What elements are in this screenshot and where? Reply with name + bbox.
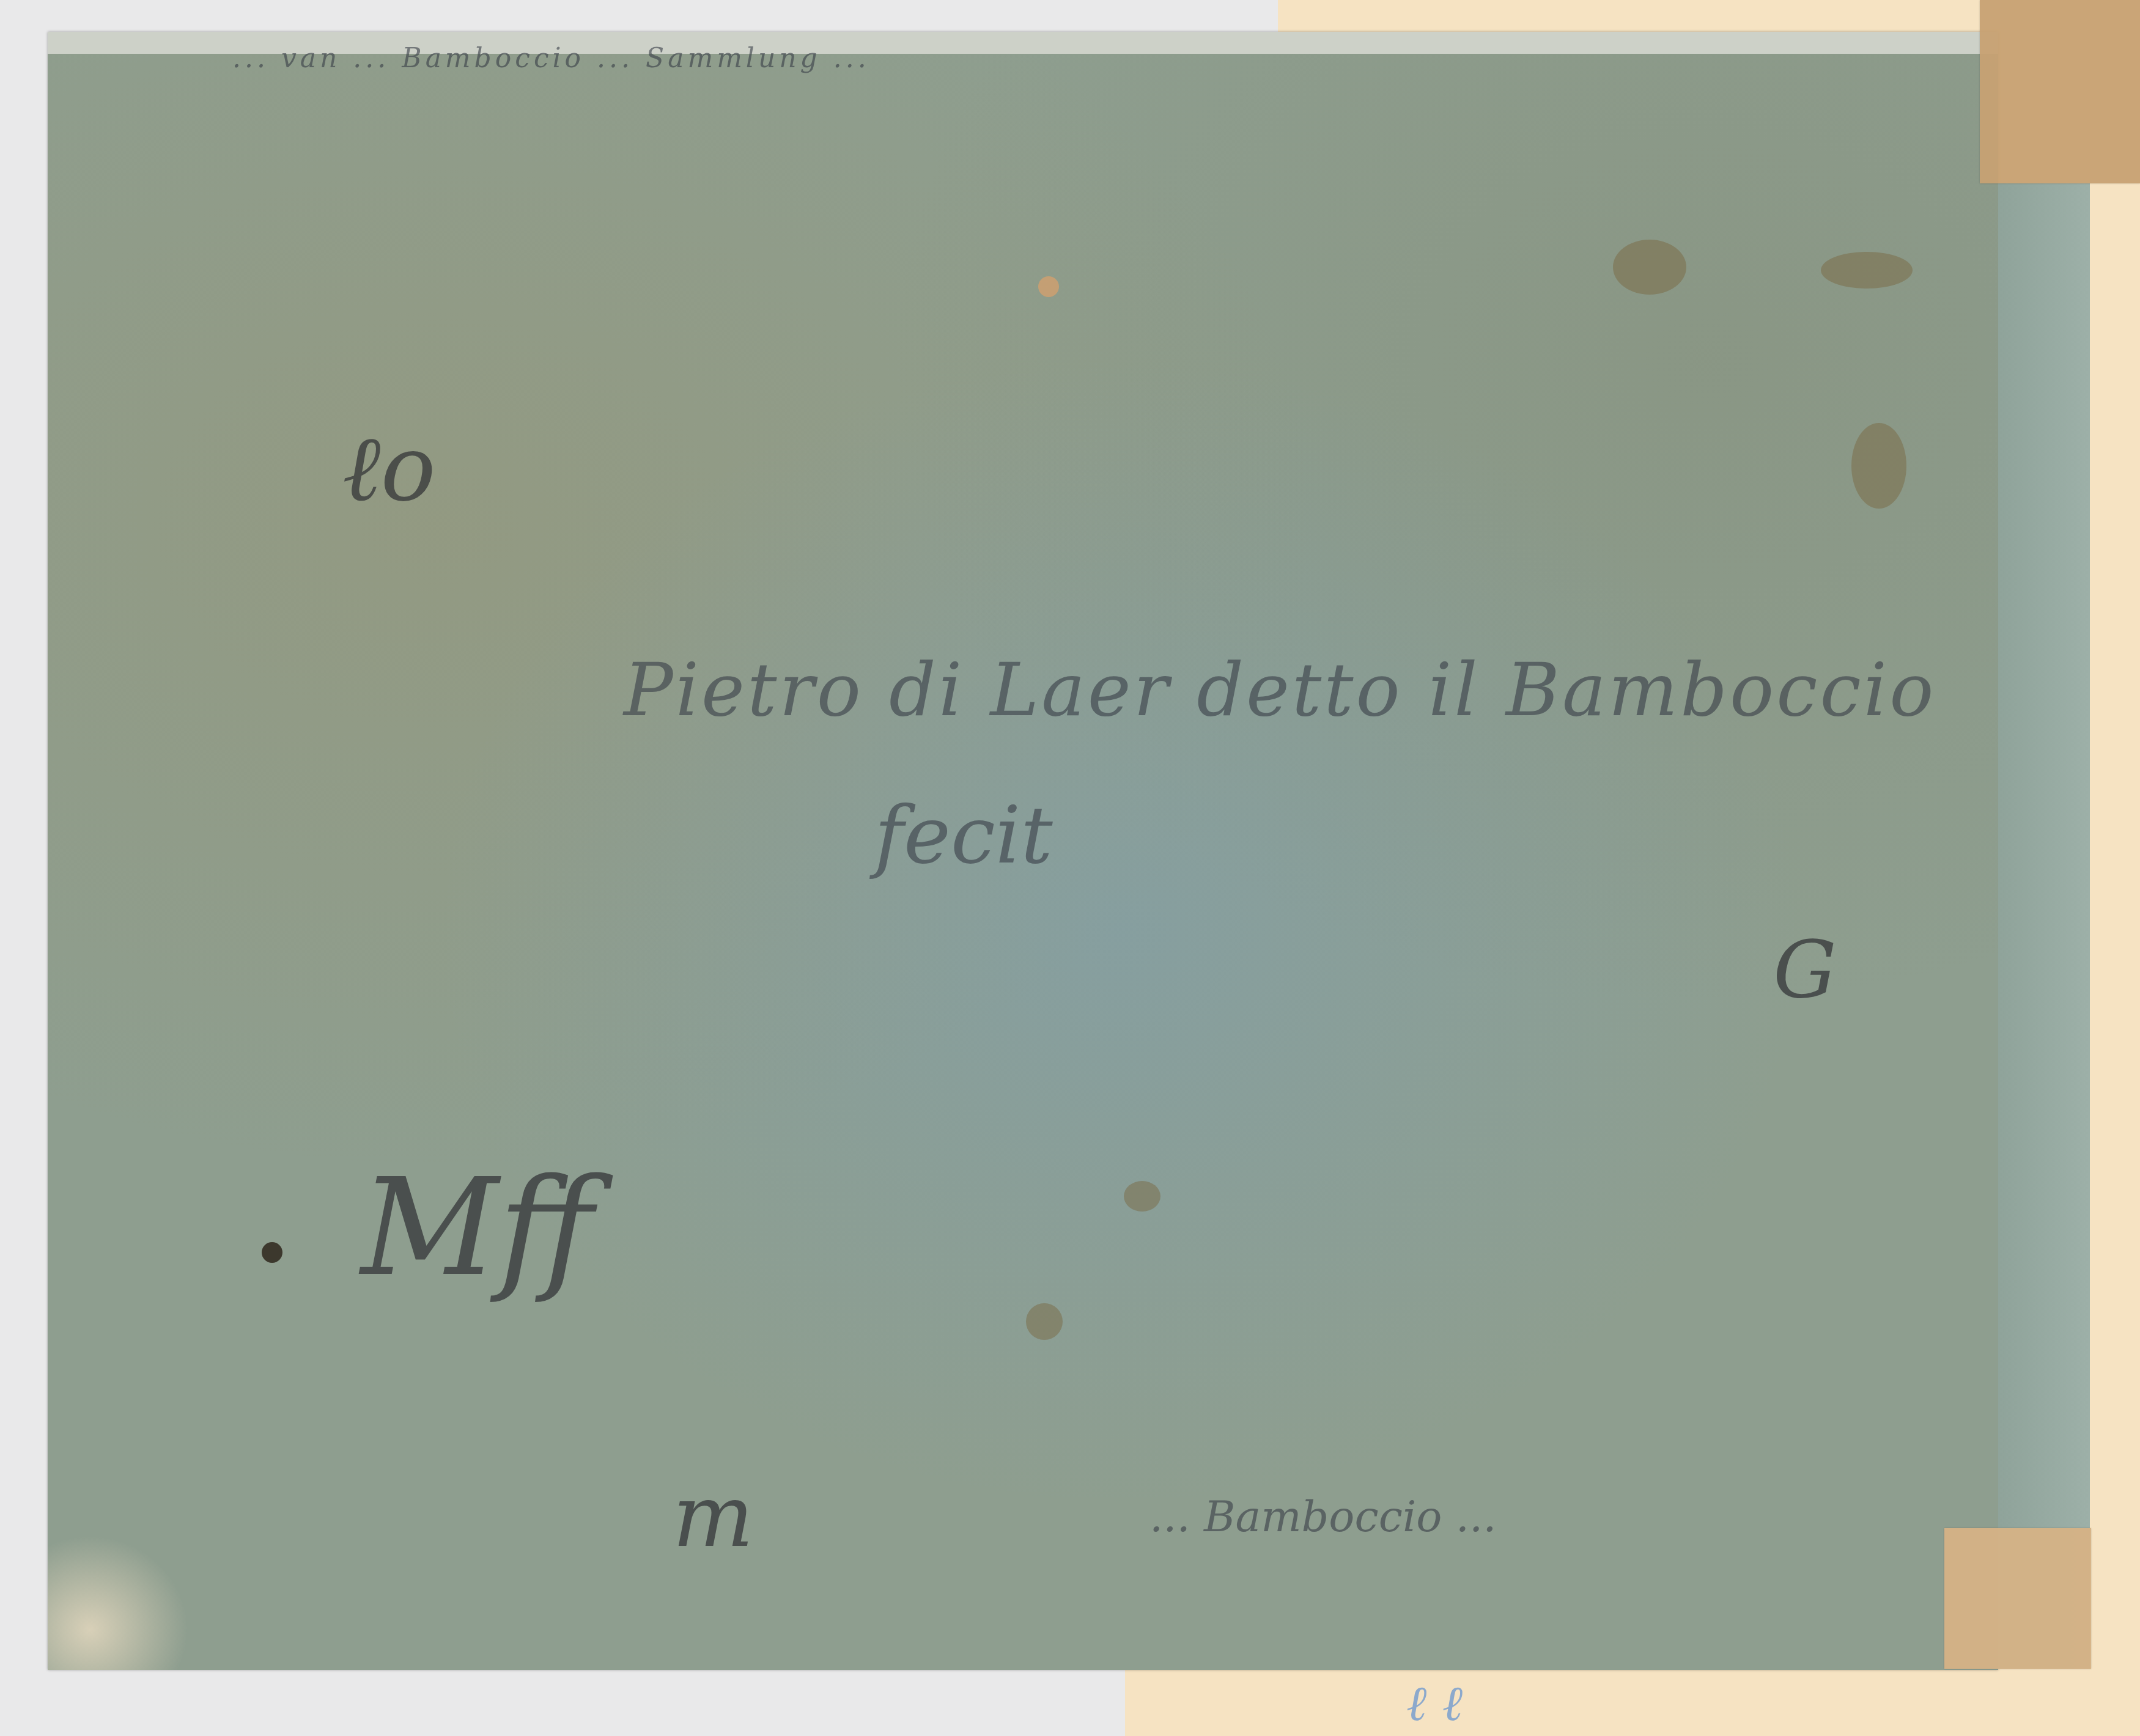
tape-top-right	[1980, 0, 2140, 183]
scribble-m: m	[673, 1467, 754, 1567]
scribble-left: ℓo	[342, 416, 436, 522]
stain	[1851, 423, 1906, 509]
stain	[1124, 1181, 1160, 1212]
paper-right-edge	[1998, 183, 2090, 1669]
scribble-lower-left: Mff	[361, 1149, 594, 1306]
worn-corner	[48, 1536, 188, 1670]
inscription-fecit: fecit	[874, 789, 1053, 881]
stain	[1821, 252, 1913, 289]
scribble-right: G	[1773, 923, 1837, 1016]
inscription-bottom: ... Bamboccio ...	[1149, 1491, 1496, 1542]
spot	[1038, 276, 1059, 297]
tape-bottom-right	[1944, 1528, 2091, 1669]
inscription-main: Pietro di Laer detto il Bamboccio	[624, 648, 1936, 733]
ink-dot	[262, 1242, 282, 1263]
inscription-top: ... van ... Bamboccio ... Sammlung ...	[232, 43, 870, 74]
stain	[1613, 240, 1686, 295]
blue-pencil-note: ℓ ℓ	[1406, 1675, 1463, 1732]
stain	[1026, 1303, 1063, 1340]
